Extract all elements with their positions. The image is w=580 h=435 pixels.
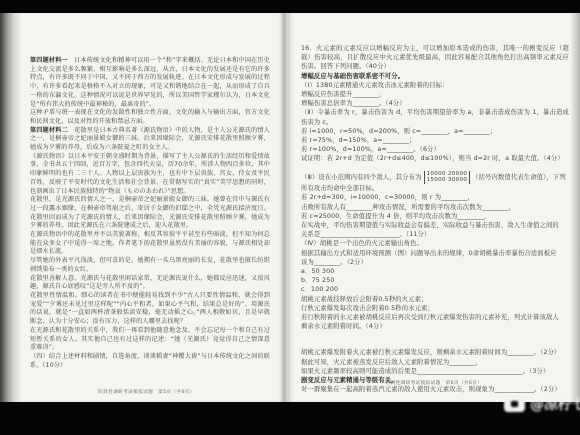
blank-line: 击败所有敌人有________种攻击情况，所需要的平均攻击次数为________… — [301, 203, 569, 212]
letterbox-bottom — [0, 402, 580, 435]
paragraph: 在源氏物语中的花散里并不以美貌著称，相反其容貌平平甚至有些暗淡，但不知为何总能在… — [30, 231, 270, 257]
photographed-exam-screenshot: 第四题材料一 日本传统文化和精神可以用一个“和”字来概括。无论日本和中国在历史上… — [0, 0, 580, 435]
matrix-cell: 20000 — [448, 171, 467, 177]
app-logo-icon — [504, 396, 525, 412]
question-line-with-matrix: （Ⅲ）设在小范围内有四个敌人，其分布为 10000 20000 15000 30… — [301, 171, 569, 185]
question-line: 胡桃元素战技释放后会附着0.5秒的火元素； — [301, 295, 569, 304]
question-line: （Ⅳ）胡桃是一个出色的火元素输出角色。 — [301, 239, 569, 248]
matrix-suffix: （括号内数值代表生命值），下列 — [472, 173, 566, 182]
exam-page-right: 16．火元素的元素反应以增幅反应为主，可以增加原本造成的伤害，其唯一的剧变反应（… — [288, 13, 580, 402]
question-4-prompt: （四）结合上述材料和剧情，自选角度，谈谈稻妻“神樱大祓”与日本传统文化之间的联系… — [30, 353, 270, 370]
question-line: 若行秋附着的水元素被胡桃反应后再次受到行秋元素爆发伤害的元素补充，列式计算该敌人 — [301, 313, 569, 322]
right-page-content: 16．火元素的元素反应以增幅反应为主，可以增加原本造成的伤害，其唯一的剧变反应（… — [301, 44, 569, 395]
blank-line: 该为________。（2分） — [301, 258, 569, 267]
blank-line: 若 2r+d=300，i=10000，c=30000，则 r 为________… — [301, 193, 569, 202]
enemy-hp-matrix: 10000 20000 15000 30000 — [424, 171, 471, 185]
page-5-footer: 阶段性调研考试模拟试题 第5页（共6页） — [10, 389, 283, 395]
question-line: 根据其输出方式和适用环境预测（图）问题导出来的规律，0命胡桃暴击率暴伤合适面板应 — [301, 249, 569, 258]
paragraph: 尽管她的外表平凡浅淡，但可喜的是，她拥有一头乌黑亮丽的长发，花散里也擅长纺织刺绣… — [30, 257, 270, 274]
question-line: 剩余水元素附着时间。（4分） — [301, 322, 569, 331]
blank-line: 若 r=75%，d=150%，a=________； — [301, 136, 569, 145]
question-line: 在实战中，平均伤害期望值与实际收益会有偏差，实际收益与暴击伤害、敌人生命值之间的 — [301, 221, 569, 230]
question-line: 行秋元素爆发每次攻击会附着0.5秒的水元素； — [301, 304, 569, 313]
blank-line: 据此可知，火元素被蒸发反应后敌人元素附着情况为________， — [301, 358, 569, 367]
matrix-cell: 10000 — [427, 171, 446, 177]
paragraph: 花散里性情温和。细心的读者在书中便能轻易找到不少“古人只要性情温和，就会得到宠爱… — [30, 292, 270, 327]
material-1-paragraph: 第四题材料一 日本传统文化和精神可以用一个“和”字来概括。无论日本和中国在历史上… — [30, 57, 270, 109]
question-line: （Ⅱ）令暴击率为 r，暴击伤害为 d，平均伤害期望倍率为 a，非暴击造成伤害为 … — [301, 108, 569, 126]
matrix-row: 10000 20000 — [427, 171, 468, 178]
paragraph: 在光源氏和花散里的关系中，我们一再看到他随意地念及、不会忘记每一个和自己有过短暂… — [30, 327, 270, 353]
material-1-heading: 第四题材料一 — [30, 57, 74, 64]
paragraph: 这种矛盾与统一表现在文化的发散性和独立性方面，文化的输入与输出方面，官方文化和民… — [30, 109, 270, 126]
blank-line: 增幅反应伤害提升________， — [301, 90, 569, 99]
matrix-cell: 15000 — [427, 177, 446, 183]
question-line: （Ⅰ）1380元素精通火元素攻击冰元素附着的目标： — [301, 81, 569, 90]
exam-paper-photo: 第四题材料一 日本传统文化和精神可以用一个“和”字来概括。无论日本和中国在历史上… — [0, 13, 580, 402]
paragraph: 花散里善解人意。光源氏与花散里闲话家常，无论源氏说什么，她都反应迅速，又很风趣，… — [30, 275, 270, 292]
option-b: b．75 250 — [301, 276, 569, 285]
blank-line: 增幅伤害总倍率为________。（4分） — [301, 99, 569, 108]
blank-line: 关系是________________________。（11分） — [301, 230, 569, 239]
question-line: 所有攻击均命中全部目标。 — [301, 184, 569, 193]
watermark-text: @凉柠七 — [530, 394, 580, 414]
watermark: @凉柠七 — [504, 394, 580, 414]
option-c: c．100 200 — [301, 285, 569, 294]
material-2-heading: 第四题材料二 — [30, 127, 74, 134]
page-6-footer: 阶段性调研考试模拟试题 第6页（共6页） — [288, 380, 580, 386]
material-2-paragraph: 第四题材料二 花散里是日本古典名著《源氏物语》中的人物，是主人公光源氏的情人之一… — [30, 127, 270, 153]
matrix-row: 15000 30000 — [427, 177, 468, 184]
question-16-intro: 16．火元素的元素反应以增幅反应为主，可以增加原本造成的伤害，其唯一的剧变反应（… — [301, 44, 569, 72]
blank-line: 若 c=25000，生命值提升为 4 倍，则平均攻击次数为________， — [301, 212, 569, 221]
section-heading-amplify: 增幅反应与基础伤害联系密不可分。 — [301, 72, 569, 81]
blank-line: 若 r=100%，d=100%，a=________。（6分） — [301, 145, 569, 154]
paragraph: 《源氏物语》以日本平安王朝全盛时期为背景，描写了主人公源氏的生活经历和爱情故事，… — [30, 153, 270, 197]
blank-line: 如果火元素频率较高则可能造成的后果是______________________… — [301, 367, 569, 376]
material-1-text: 日本传统文化和精神可以用一个“和”字来概括。无论日本和中国在历史上文化交流是多么… — [30, 57, 270, 108]
blank-line: 胡桃元素爆发附着火元素被行秋元素爆发反应，则剩余水元素附着时间为________… — [301, 348, 569, 357]
paragraph: 花散里，是光源氏的情人之一，是桐壶帝之妃丽景殿女御的三妹。她曾在宫中与源氏有过一… — [30, 196, 270, 231]
exam-page-left: 第四题材料一 日本传统文化和精神可以用一个“和”字来概括。无论日本和中国在历史上… — [10, 13, 283, 402]
matrix-cell: 30000 — [448, 177, 467, 183]
matrix-prefix: （Ⅲ）设在小范围内有四个敌人，其分布为 — [301, 173, 422, 182]
left-page-content: 第四题材料一 日本传统文化和精神可以用一个“和”字来概括。无论日本和中国在历史上… — [30, 57, 270, 370]
option-a: a．50 300 — [301, 267, 569, 276]
blank-line: 若 i=1000，r=50%，d=200%，则 c=________，a=___… — [301, 127, 569, 136]
proof-line: 试证明：若 2r+d 为定值（2r+d≤400，d≤100%），则当 d=2r … — [301, 154, 569, 163]
letterbox-top — [0, 0, 580, 13]
page-seam — [281, 13, 289, 402]
